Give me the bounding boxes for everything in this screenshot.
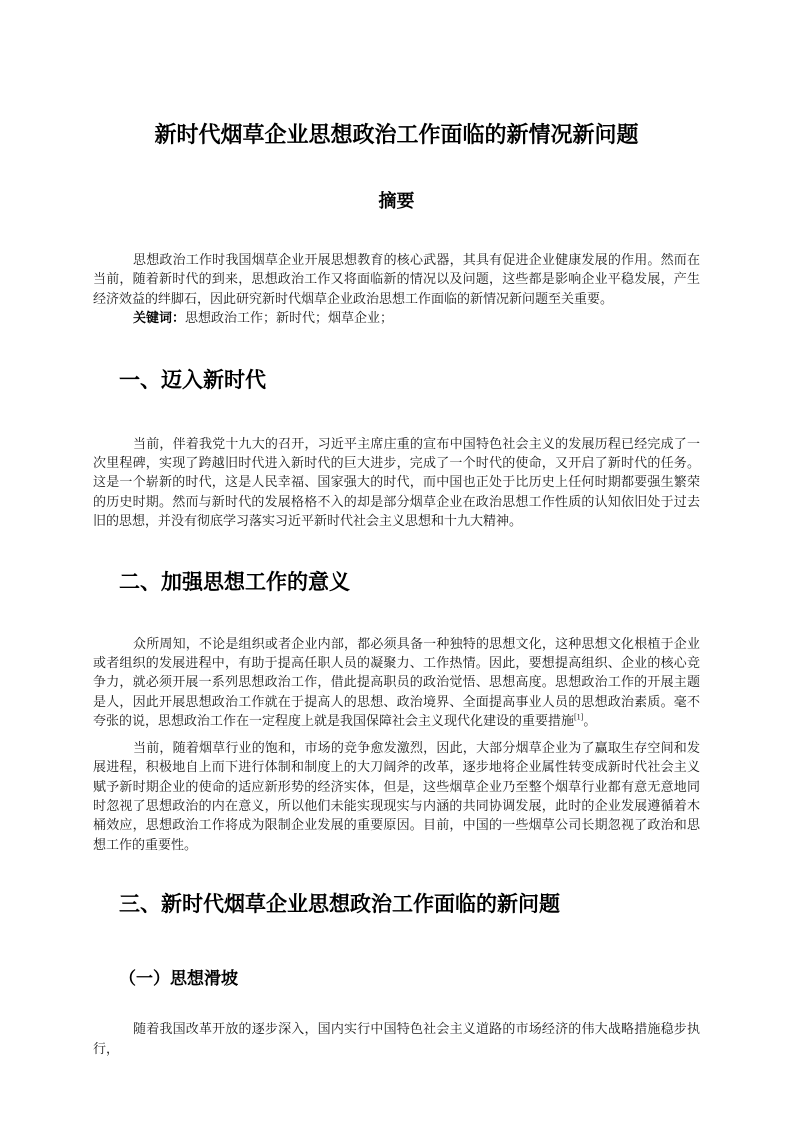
document-title: 新时代烟草企业思想政治工作面临的新情况新问题 — [93, 122, 700, 147]
section-1-paragraph: 当前，伴着我党十九大的召开，习近平主席庄重的宣布中国特色社会主义的发展历程已经完… — [93, 434, 700, 531]
section-2-heading: 二、加强思想工作的意义 — [93, 570, 700, 596]
document-page: 新时代烟草企业思想政治工作面临的新情况新问题 摘要 思想政治工作时我国烟草企业开… — [0, 0, 793, 1122]
section-3-heading: 三、新时代烟草企业思想政治工作面临的新问题 — [93, 892, 700, 918]
section-2-paragraph-1: 众所周知，不论是组织或者企业内部，都必须具备一种独特的思想文化，这种思想文化根植… — [93, 634, 700, 731]
keywords-line: 关键词：思想政治工作；新时代；烟草企业； — [93, 308, 700, 327]
abstract-heading: 摘要 — [93, 191, 700, 212]
section-1-heading: 一、迈入新时代 — [93, 368, 700, 394]
subsection-1-paragraph: 随着我国改革开放的逐步深入，国内实行中国特色社会主义道路的市场经济的伟大战略措施… — [93, 1019, 700, 1058]
section-2-paragraph-1-end: 。 — [583, 713, 596, 728]
footnote-reference-1: [1] — [574, 713, 583, 722]
section-2-paragraph-1-text: 众所周知，不论是组织或者企业内部，都必须具备一种独特的思想文化，这种思想文化根植… — [93, 636, 700, 729]
keywords-text: 思想政治工作；新时代；烟草企业； — [185, 310, 393, 325]
keywords-label: 关键词： — [133, 310, 185, 325]
section-2-paragraph-2: 当前，随着烟草行业的饱和，市场的竞争愈发激烈，因此，大部分烟草企业为了赢取生存空… — [93, 738, 700, 854]
abstract-paragraph: 思想政治工作时我国烟草企业开展思想教育的核心武器，其具有促进企业健康发展的作用。… — [93, 250, 700, 308]
subsection-1-heading: （一）思想滑坡 — [93, 968, 700, 990]
